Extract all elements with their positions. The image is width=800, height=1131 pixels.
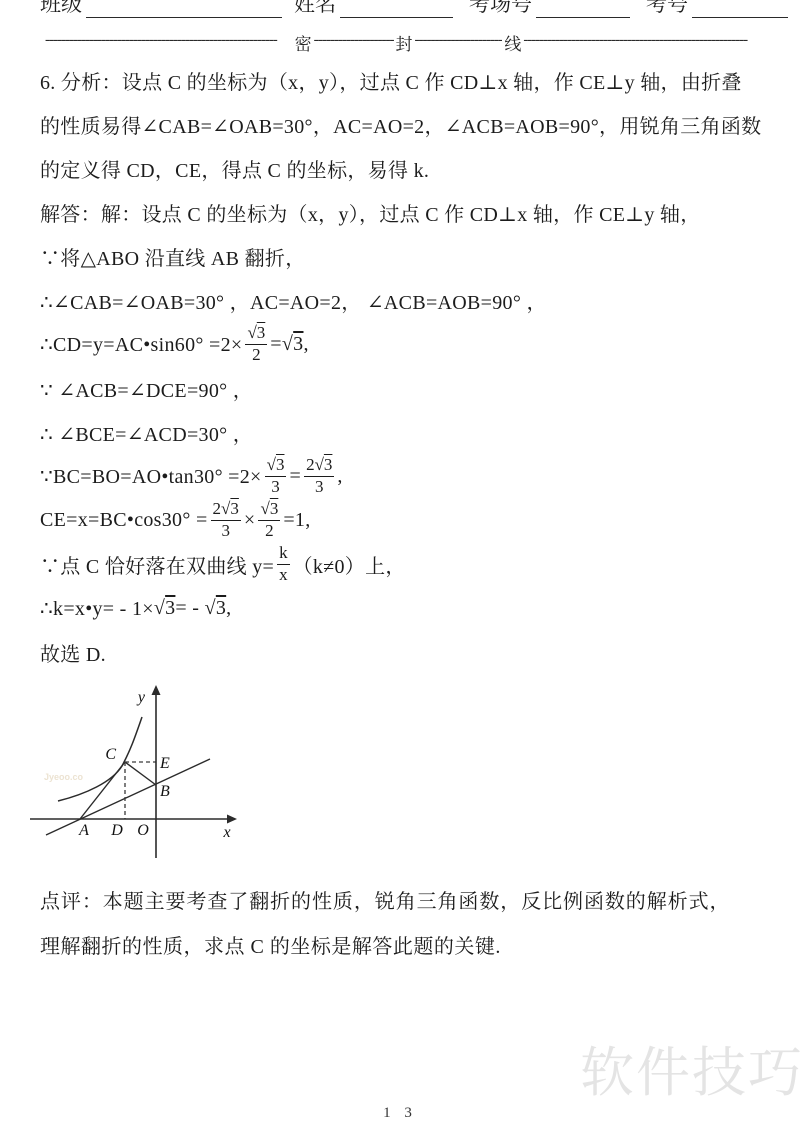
analysis-line-2: 的性质易得∠CAB=∠OAB=30°，AC=AO=2，∠ACB=AOB=90°，… xyxy=(40,110,764,139)
analysis-line-3: 的定义得 CD，CE，得点 C 的坐标，易得 k. xyxy=(40,154,764,183)
name-blank-line xyxy=(340,0,453,18)
sqrt-radical: √3 xyxy=(315,456,333,475)
fraction: 2√33 xyxy=(304,456,334,496)
document-page: 班级 姓名 考场号 考号 ---------------------------… xyxy=(0,0,800,1131)
step-cd: ∴CD=y=AC•sin60° =2×√32=√3, xyxy=(40,330,764,359)
geometry-figure: Jyeoo.co y x C E B A D O xyxy=(28,683,244,865)
exam-number-blank-line xyxy=(692,0,788,18)
label-D: D xyxy=(110,822,123,839)
corner-watermark: 软件技巧 xyxy=(580,1030,800,1107)
step-ce: CE=x=BC•cos30° =2√33×√32=1, xyxy=(40,506,764,535)
class-blank-line xyxy=(86,0,282,18)
solution-content: 6. 分析：设点 C 的坐标为（x，y），过点 C 作 CD⊥x 轴，作 CE⊥… xyxy=(40,66,764,865)
segment-CB xyxy=(125,762,156,785)
step-angles: ∴∠CAB=∠OAB=30° ，AC=AO=2， ∠ACB=AOB=90° ， xyxy=(40,286,764,315)
step-bce-acd: ∴ ∠BCE=∠ACD=30° ， xyxy=(40,418,764,447)
step-acb-dce: ∵ ∠ACB=∠DCE=90° ， xyxy=(40,374,764,403)
exam-room-label: 考场号 xyxy=(469,0,532,18)
fraction: √33 xyxy=(265,456,287,496)
sqrt-radical: √3 xyxy=(205,597,227,620)
analysis-line-1: 6. 分析：设点 C 的坐标为（x，y），过点 C 作 CD⊥x 轴，作 CE⊥… xyxy=(40,66,764,95)
name-label: 姓名 xyxy=(294,0,336,18)
fraction: 2√33 xyxy=(211,500,241,540)
step-bc: ∵BC=BO=AO•tan30° =2×√33=2√33, xyxy=(40,462,764,491)
seal-line: ----------------------------------------… xyxy=(45,31,759,53)
seal-dashes-4: ----------------------------------------… xyxy=(523,32,759,49)
class-field: 班级 xyxy=(40,0,294,18)
sqrt-radical: √3 xyxy=(154,597,176,620)
seal-char-feng: 封 xyxy=(394,30,415,55)
class-label: 班级 xyxy=(40,0,82,18)
sqrt-radical: √3 xyxy=(221,500,239,519)
y-axis-arrow xyxy=(152,685,161,695)
seal-dashes-1: ----------------------------------------… xyxy=(45,32,293,49)
x-axis-arrow xyxy=(227,815,237,824)
exam-room-blank-line xyxy=(536,0,630,18)
solution-lines: 6. 分析：设点 C 的坐标为（x，y），过点 C 作 CD⊥x 轴，作 CE⊥… xyxy=(40,66,764,667)
figure-watermark: Jyeoo.co xyxy=(44,772,84,782)
sqrt-radical: √3 xyxy=(247,324,265,343)
step-k: ∴k=x•y= - 1×√3= - √3, xyxy=(40,594,764,623)
sqrt-radical: √3 xyxy=(267,456,285,475)
exam-room-field: 考场号 xyxy=(469,0,646,18)
answer-intro: 解答：解：设点 C 的坐标为（x，y），过点 C 作 CD⊥x 轴，作 CE⊥y… xyxy=(40,198,764,227)
seal-char-mi: 密 xyxy=(293,30,314,55)
label-B: B xyxy=(160,783,170,800)
segment-AC xyxy=(80,762,125,819)
fraction: √32 xyxy=(258,500,280,540)
fraction: √32 xyxy=(245,324,267,364)
label-E: E xyxy=(159,755,170,772)
exam-number-field: 考号 xyxy=(646,0,788,18)
hyperbola-curve xyxy=(58,717,142,801)
sqrt-radical: √3 xyxy=(260,500,278,519)
student-info-header: 班级 姓名 考场号 考号 xyxy=(40,0,762,18)
label-C: C xyxy=(105,746,116,763)
label-y: y xyxy=(136,689,146,706)
conclusion: 故选 D. xyxy=(40,638,764,667)
name-field: 姓名 xyxy=(294,0,469,18)
fraction: kx xyxy=(277,544,290,584)
seal-dashes-3: ---------------------- xyxy=(415,32,503,49)
comment-paragraph: 点评：本题主要考查了翻折的性质，锐角三角函数，反比例函数的解析式，理解翻折的性质… xyxy=(40,880,730,970)
exam-number-label: 考号 xyxy=(646,0,688,18)
label-x: x xyxy=(222,824,230,841)
label-O: O xyxy=(137,822,149,839)
sqrt-radical: √3 xyxy=(282,333,304,356)
step-hyperbola: ∵点 C 恰好落在双曲线 y=kx（k≠0）上， xyxy=(40,550,764,579)
label-A: A xyxy=(78,822,89,839)
seal-char-xian: 线 xyxy=(502,30,523,55)
seal-dashes-2: -------------------- xyxy=(314,32,394,49)
page-number: 1 3 xyxy=(0,1105,800,1122)
step-given: ∵将△ABO 沿直线 AB 翻折， xyxy=(40,242,764,271)
